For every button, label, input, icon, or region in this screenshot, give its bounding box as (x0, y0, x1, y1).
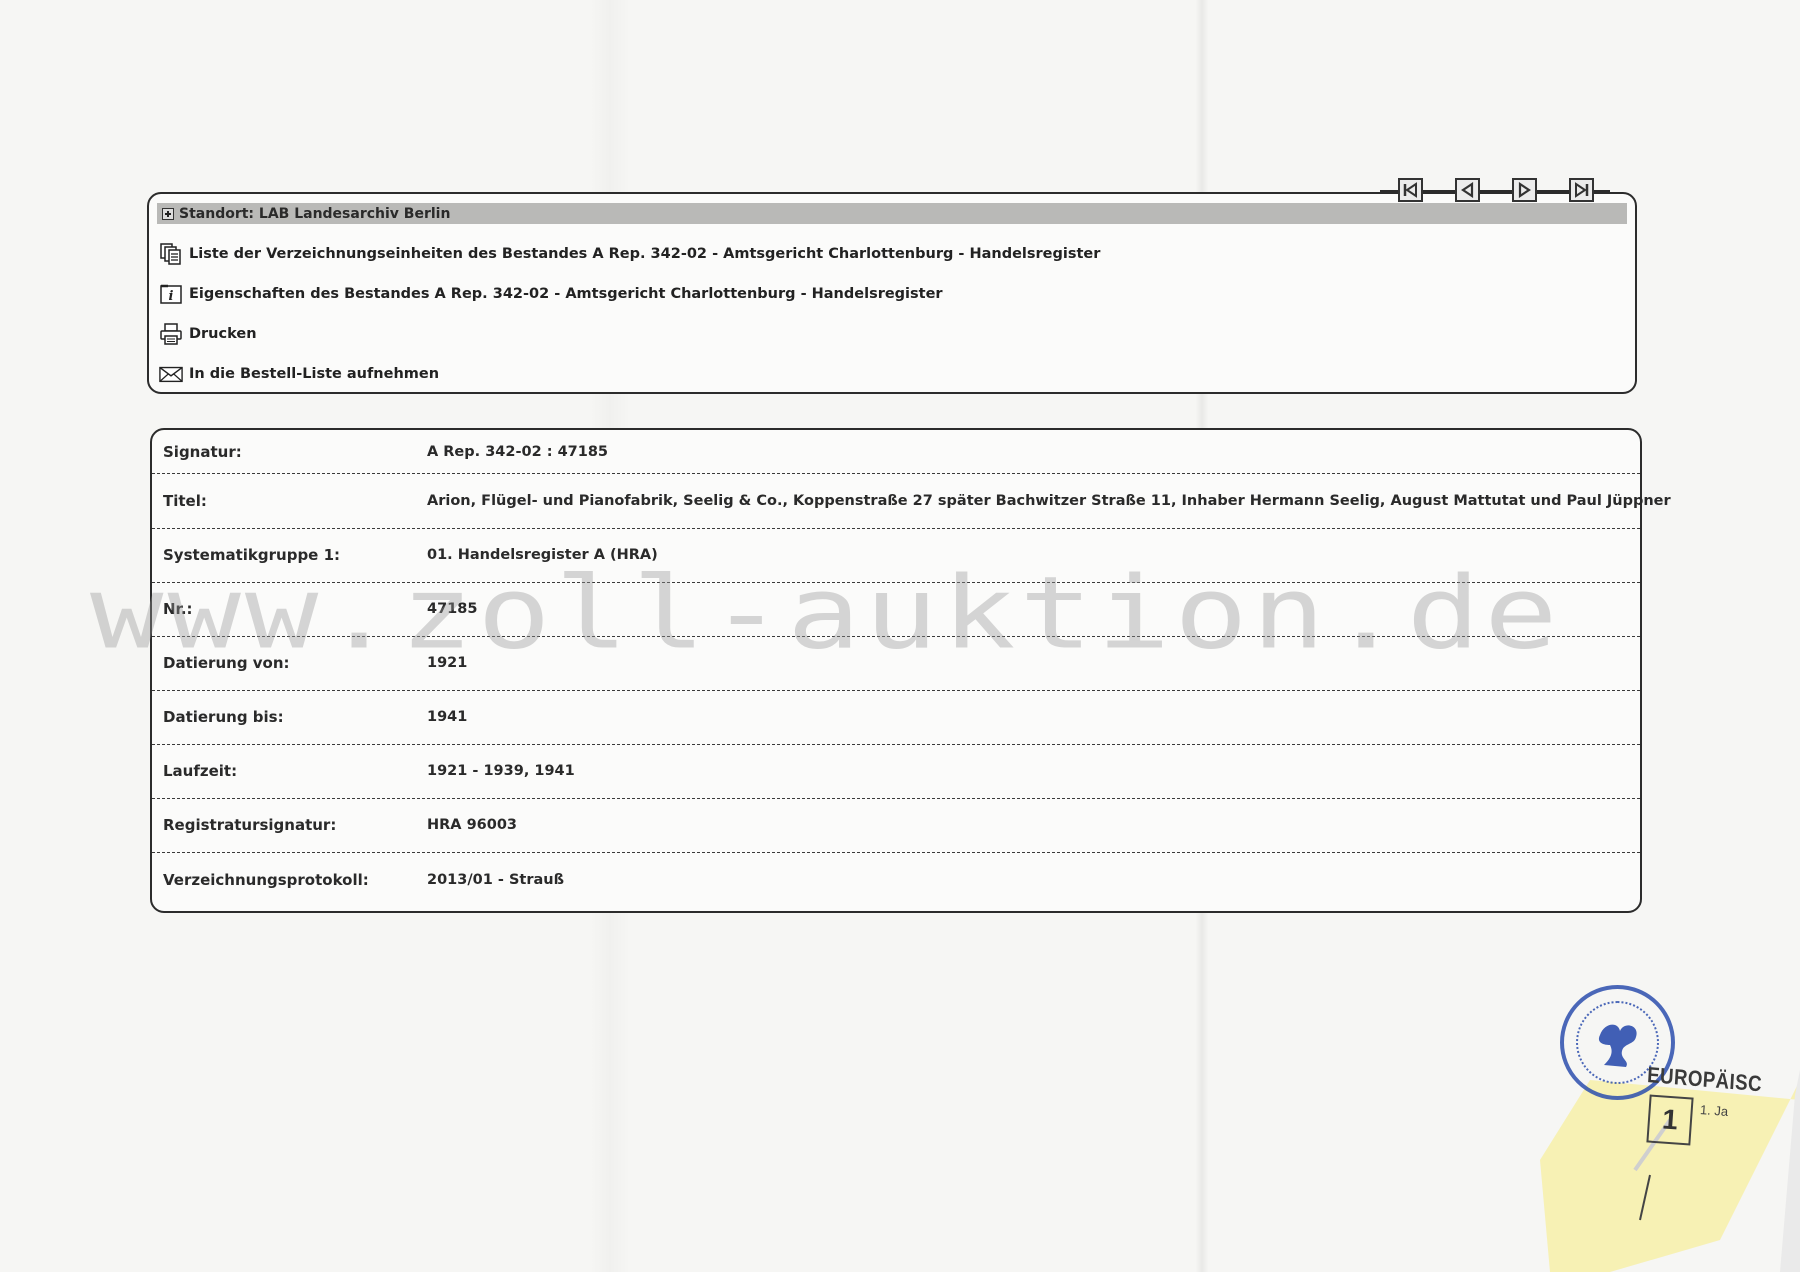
detail-value: HRA 96003 (427, 817, 517, 833)
standort-label: Standort: LAB Landesarchiv Berlin (179, 206, 450, 222)
triangle-left-icon (1459, 182, 1476, 198)
sticker-number: 1 (1646, 1095, 1693, 1146)
details-panel: Signatur:A Rep. 342-02 : 47185Titel:Ario… (150, 428, 1642, 913)
skip-first-icon (1402, 182, 1419, 198)
triangle-right-icon (1516, 182, 1533, 198)
detail-row: Laufzeit:1921 - 1939, 1941 (152, 744, 1640, 799)
detail-row: Registratursignatur:HRA 96003 (152, 798, 1640, 853)
record-navigation (1398, 178, 1594, 202)
action-properties[interactable]: i Eigenschaften des Bestandes A Rep. 342… (159, 274, 1625, 314)
detail-label: Verzeichnungsprotokoll: (163, 871, 369, 889)
detail-value: 47185 (427, 601, 477, 617)
detail-row: Nr.:47185 (152, 582, 1640, 637)
svg-text:i: i (169, 289, 174, 304)
detail-value: 1921 (427, 655, 467, 671)
documents-list-icon (159, 242, 183, 266)
stamp-emblem-icon (1590, 1015, 1646, 1071)
action-list-units[interactable]: Liste der Verzeichnungseinheiten des Bes… (159, 234, 1625, 274)
action-print[interactable]: Drucken (159, 314, 1625, 354)
detail-value: 1921 - 1939, 1941 (427, 763, 575, 779)
expand-plus-icon[interactable] (162, 208, 174, 220)
detail-label: Datierung von: (163, 654, 290, 672)
detail-row: Signatur:A Rep. 342-02 : 47185 (152, 430, 1640, 474)
detail-label: Titel: (163, 492, 207, 510)
detail-label: Signatur: (163, 443, 242, 461)
detail-value: A Rep. 342-02 : 47185 (427, 444, 608, 460)
detail-row: Datierung von:1921 (152, 636, 1640, 691)
standort-bar[interactable]: Standort: LAB Landesarchiv Berlin (157, 203, 1627, 224)
last-record-button[interactable] (1569, 178, 1594, 202)
detail-value: 1941 (427, 709, 467, 725)
sticker-subtext: 1. Ja (1700, 1102, 1729, 1119)
detail-label: Datierung bis: (163, 708, 284, 726)
envelope-icon (159, 362, 183, 386)
action-list: Liste der Verzeichnungseinheiten des Bes… (159, 234, 1625, 394)
actions-panel: Standort: LAB Landesarchiv Berlin Liste … (147, 192, 1637, 394)
detail-row: Systematikgruppe 1:01. Handelsregister A… (152, 528, 1640, 583)
detail-value: 01. Handelsregister A (HRA) (427, 547, 658, 563)
next-record-button[interactable] (1512, 178, 1537, 202)
action-label: Eigenschaften des Bestandes A Rep. 342-0… (189, 286, 943, 302)
info-icon: i (159, 282, 183, 306)
skip-last-icon (1573, 182, 1590, 198)
previous-record-button[interactable] (1455, 178, 1480, 202)
detail-row: Datierung bis:1941 (152, 690, 1640, 745)
detail-row: Titel:Arion, Flügel- und Pianofabrik, Se… (152, 474, 1640, 529)
detail-label: Laufzeit: (163, 762, 237, 780)
first-record-button[interactable] (1398, 178, 1423, 202)
action-label: In die Bestell-Liste aufnehmen (189, 366, 439, 382)
action-add-to-order-list[interactable]: In die Bestell-Liste aufnehmen (159, 354, 1625, 394)
printer-icon (159, 322, 183, 346)
detail-row: Verzeichnungsprotokoll:2013/01 - Strauß (152, 852, 1640, 908)
detail-value: 2013/01 - Strauß (427, 872, 564, 888)
detail-value: Arion, Flügel- und Pianofabrik, Seelig &… (427, 493, 1671, 509)
detail-label: Nr.: (163, 600, 193, 618)
detail-label: Systematikgruppe 1: (163, 546, 340, 564)
detail-label: Registratursignatur: (163, 816, 336, 834)
action-label: Drucken (189, 326, 257, 342)
action-label: Liste der Verzeichnungseinheiten des Bes… (189, 246, 1100, 262)
